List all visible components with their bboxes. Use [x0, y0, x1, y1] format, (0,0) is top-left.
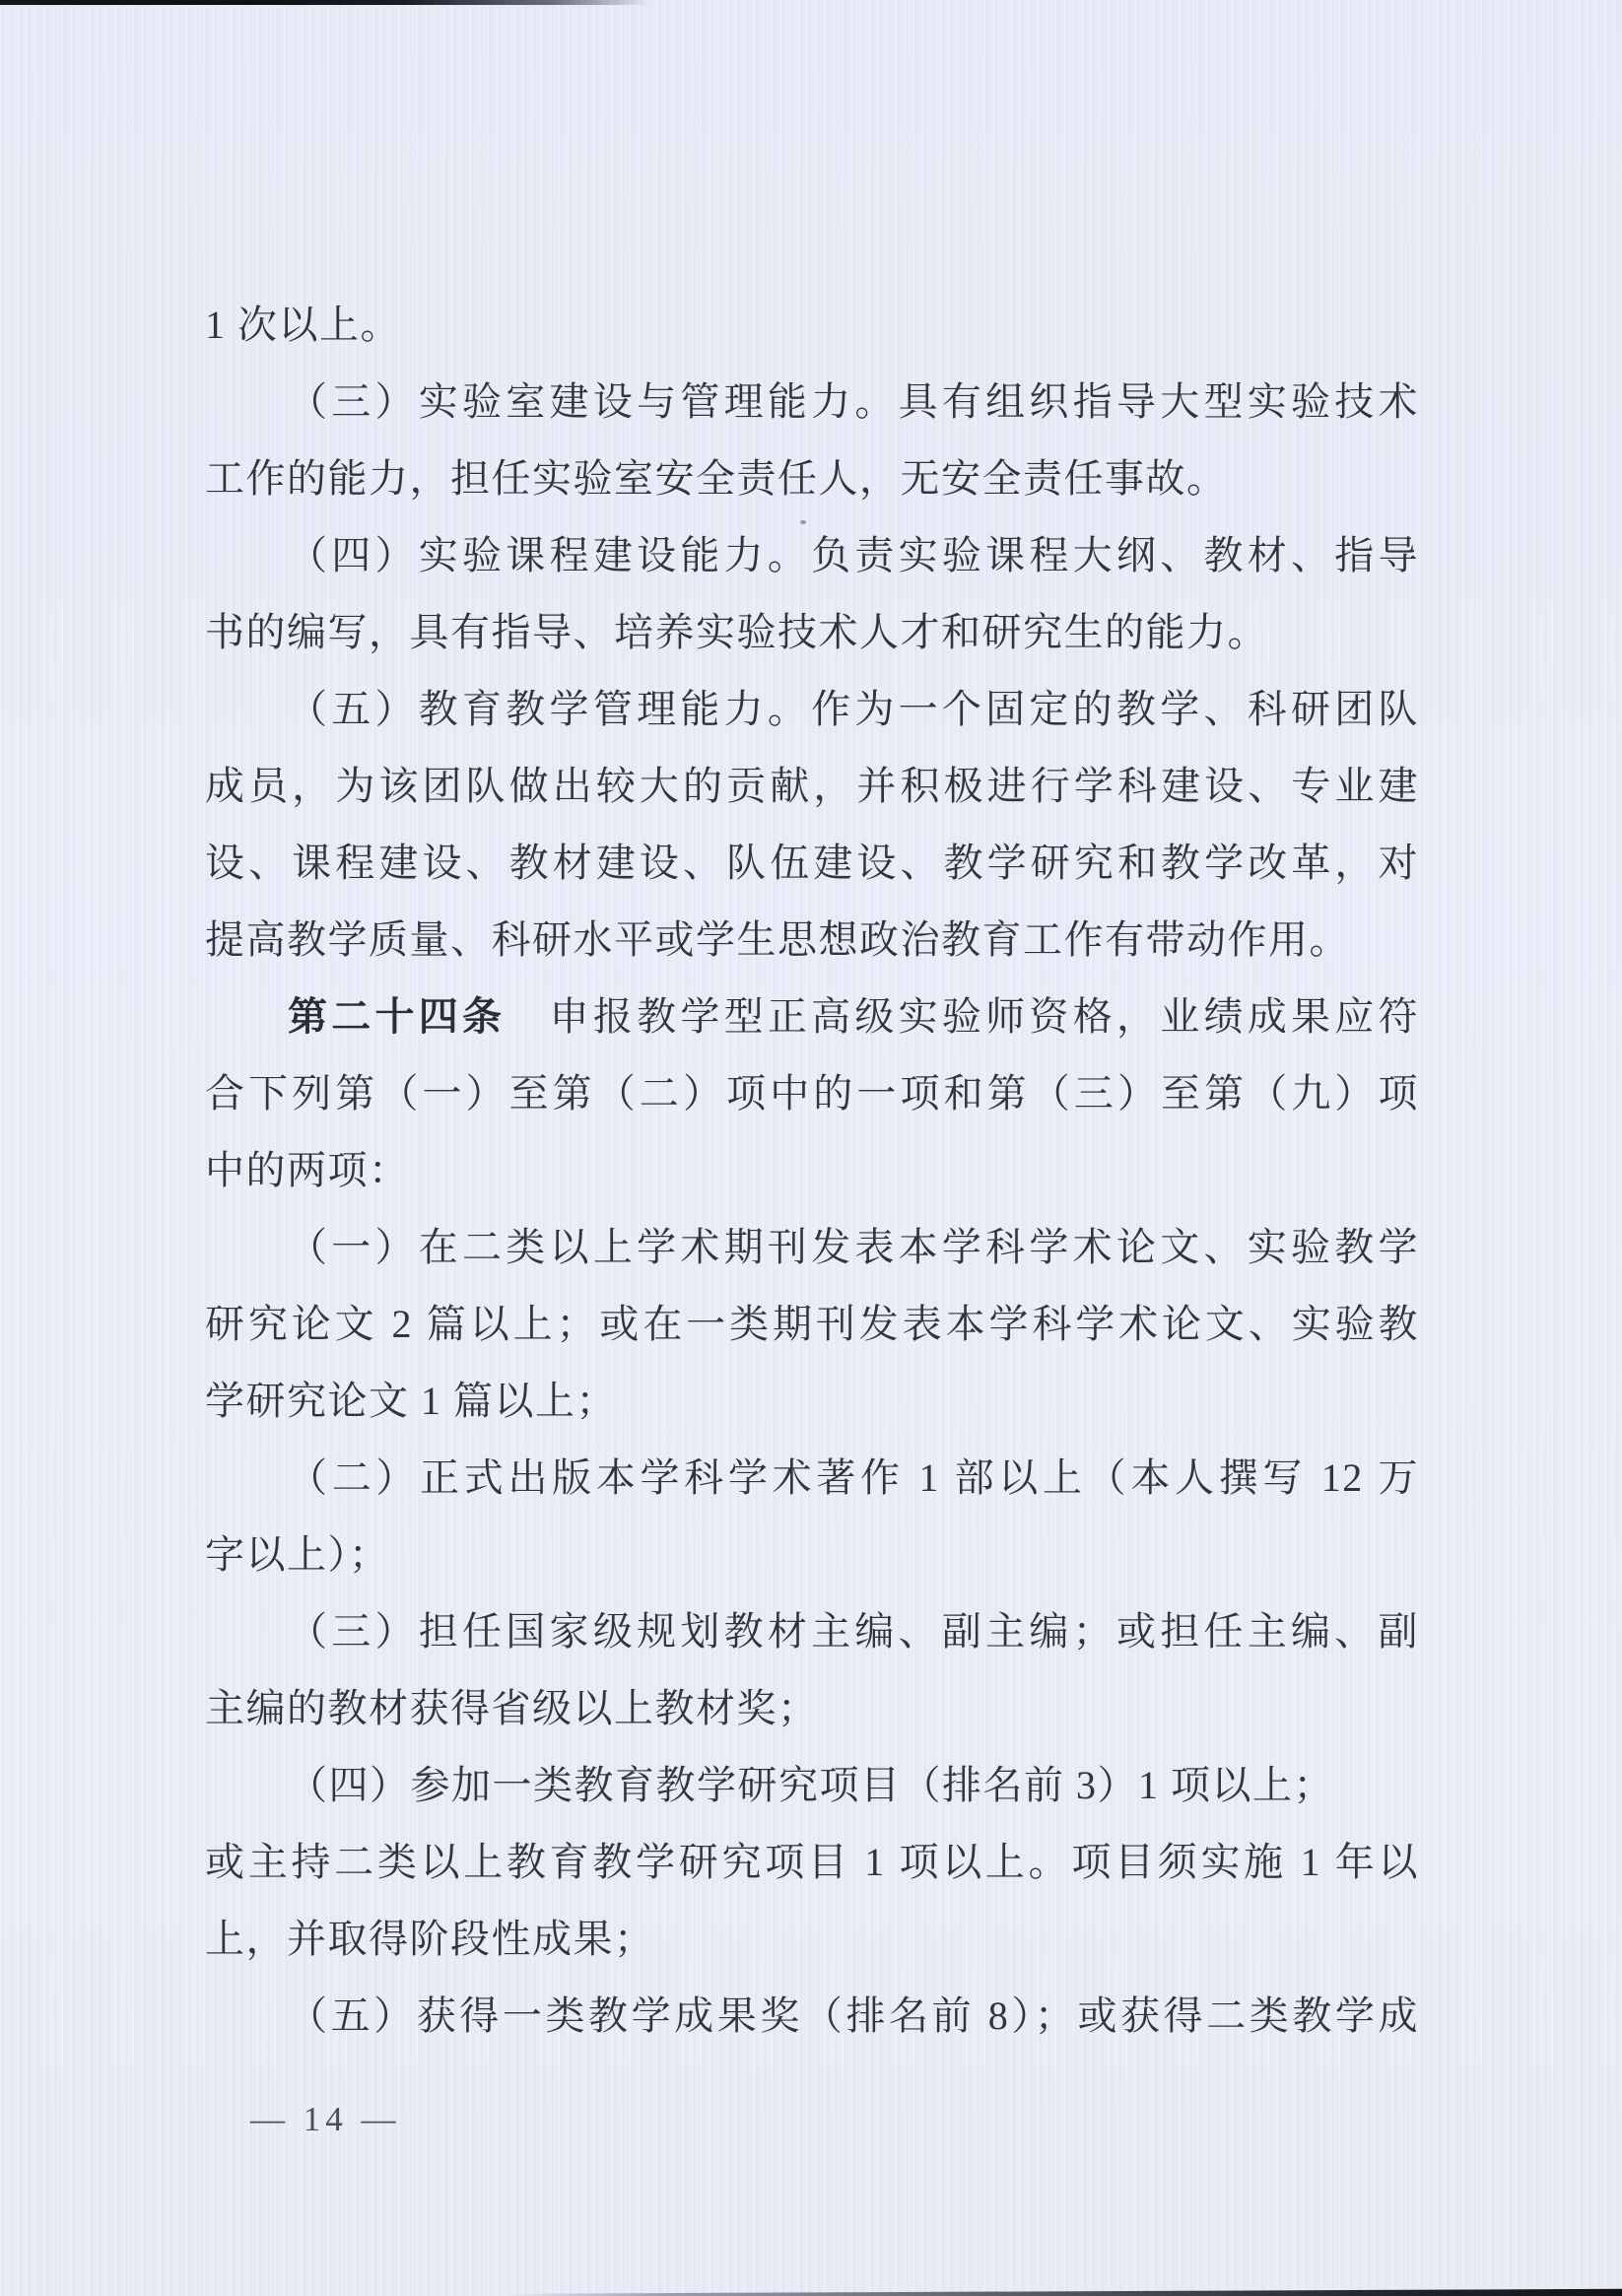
text-line: 提高教学质量、科研水平或学生思想政治教育工作有带动作用。	[205, 902, 1419, 979]
text-line: 学研究论文 1 篇以上；	[205, 1363, 1419, 1440]
text-line: （一）在二类以上学术期刊发表本学科学术论文、实验教学	[205, 1209, 1419, 1286]
text-line: 字以上）；	[205, 1517, 1419, 1593]
scan-edge-artifact-bottom	[508, 2288, 1622, 2296]
text-line: 研究论文 2 篇以上；或在一类期刊发表本学科学术论文、实验教	[205, 1286, 1419, 1363]
text-line: 1 次以上。	[205, 287, 1419, 364]
text-line: 或主持二类以上教育教学研究项目 1 项以上。项目须实施 1 年以	[205, 1824, 1419, 1901]
page-number: — 14 —	[250, 2093, 401, 2146]
clause-number-bold: 第二十四条	[288, 994, 506, 1039]
text-line: （二）正式出版本学科学术著作 1 部以上（本人撰写 12 万	[205, 1440, 1419, 1517]
text-line: （三）担任国家级规划教材主编、副主编；或担任主编、副	[205, 1593, 1419, 1670]
text-line: （四）参加一类教育教学研究项目（排名前 3）1 项以上；	[205, 1747, 1419, 1824]
text-line: 主编的教材获得省级以上教材奖；	[205, 1670, 1419, 1747]
text-line: （四）实验课程建设能力。负责实验课程大纲、教材、指导	[205, 517, 1419, 594]
text-line: 工作的能力，担任实验室安全责任人，无安全责任事故。	[205, 440, 1419, 517]
document-body: 1 次以上。（三）实验室建设与管理能力。具有组织指导大型实验技术工作的能力，担任…	[205, 287, 1419, 2055]
document-page: 1 次以上。（三）实验室建设与管理能力。具有组织指导大型实验技术工作的能力，担任…	[0, 0, 1622, 2296]
text-line: （五）获得一类教学成果奖（排名前 8）；或获得二类教学成	[205, 1978, 1419, 2055]
text-line: 书的编写，具有指导、培养实验技术人才和研究生的能力。	[205, 594, 1419, 671]
text-line: 第二十四条 申报教学型正高级实验师资格，业绩成果应符	[205, 979, 1419, 1055]
text-line: 设、课程建设、教材建设、队伍建设、教学研究和教学改革，对	[205, 825, 1419, 902]
text-line: （五）教育教学管理能力。作为一个固定的教学、科研团队	[205, 671, 1419, 748]
line-text: 申报教学型正高级实验师资格，业绩成果应符	[506, 994, 1419, 1039]
text-line: 中的两项：	[205, 1132, 1419, 1209]
text-line: 成员，为该团队做出较大的贡献，并积极进行学科建设、专业建	[205, 748, 1419, 825]
text-line: 上，并取得阶段性成果；	[205, 1901, 1419, 1978]
text-line: 合下列第（一）至第（二）项中的一项和第（三）至第（九）项	[205, 1055, 1419, 1132]
scan-edge-artifact-top	[0, 0, 650, 5]
text-line: （三）实验室建设与管理能力。具有组织指导大型实验技术	[205, 364, 1419, 440]
